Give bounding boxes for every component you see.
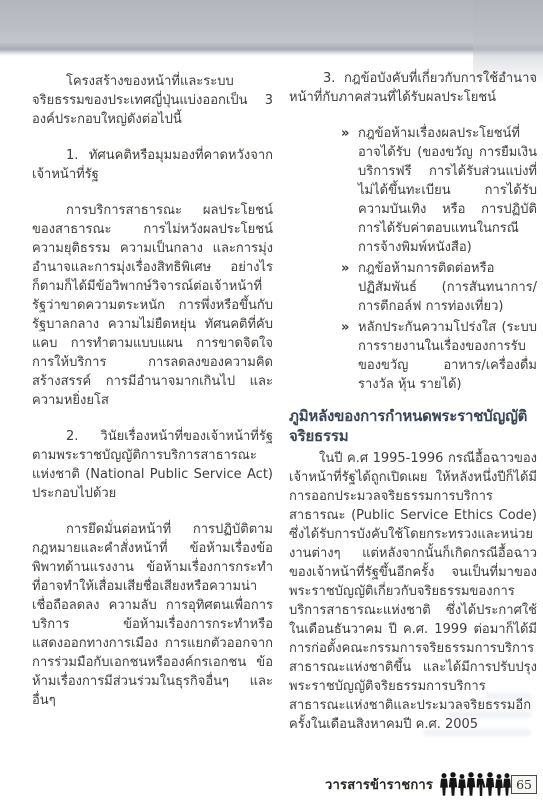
list-item: » กฎข้อห้ามการติดต่อหรือปฏิสัมพันธ์ (การ… (341, 259, 537, 316)
list-item: » กฎข้อห้ามเรื่องผลประโยชน์ที่อาจได้รับ … (341, 124, 537, 257)
paragraph-structure-intro: โครงสร้างของหน้าที่และระบบจริยธรรมของประ… (32, 72, 273, 129)
section-body-ethics-act-background: ในปี ค.ศ 1995-1996 กรณีอื้อฉาวของเจ้าหน้… (289, 449, 537, 734)
section-heading-ethics-act-background: ภูมิหลังของการกำหนดพระราชบัญญัติจริยธรรม (289, 406, 537, 446)
bullet-text: กฎข้อห้ามการติดต่อหรือปฏิสัมพันธ์ (การสั… (358, 261, 537, 314)
list-item: » หลักประกันความโปร่งใส (ระบบการรายงานใน… (341, 318, 537, 394)
left-text-column: โครงสร้างของหน้าที่และระบบจริยธรรมของประ… (32, 72, 273, 710)
rules-bullet-list: » กฎข้อห้ามเรื่องผลประโยชน์ที่อาจได้รับ … (341, 124, 537, 394)
right-text-column: 3. กฎข้อบังคับที่เกี่ยวกับการใช้อำนาจหน้… (289, 69, 537, 734)
paragraph-item-1-heading: 1. ทัศนคติหรือมุมมองที่คาดหวังจากเจ้าหน้… (32, 146, 273, 184)
bullet-text: กฎข้อห้ามเรื่องผลประโยชน์ที่อาจได้รับ (ข… (358, 126, 537, 255)
people-silhouettes-icon (440, 772, 512, 796)
scanned-journal-page: { "colors": { "body_text": "#403e3b", "h… (0, 0, 543, 804)
bullet-marker-icon: » (341, 259, 349, 278)
paragraph-item-3-heading: 3. กฎข้อบังคับที่เกี่ยวกับการใช้อำนาจหน้… (289, 69, 537, 107)
journal-name: วารสารข้าราชการ (325, 774, 433, 795)
page-number-badge: 65 (511, 775, 537, 794)
scan-top-gray-band (0, 0, 543, 56)
paragraph-item-1-body: การบริการสาธารณะ ผลประโยชน์ของสาธารณะ กา… (32, 201, 273, 410)
bullet-marker-icon: » (341, 124, 349, 143)
bullet-text: หลักประกันความโปร่งใส (ระบบการรายงานในเร… (358, 320, 537, 392)
paragraph-item-2-heading: 2. วินัยเรื่องหน้าที่ของเจ้าหน้าที่รัฐตา… (32, 427, 273, 503)
paragraph-item-2-body: การยึดมั่นต่อหน้าที่ การปฏิบัติตามกฎหมาย… (32, 520, 273, 710)
page-footer: วารสารข้าราชการ (325, 772, 537, 796)
bullet-marker-icon: » (341, 318, 349, 337)
